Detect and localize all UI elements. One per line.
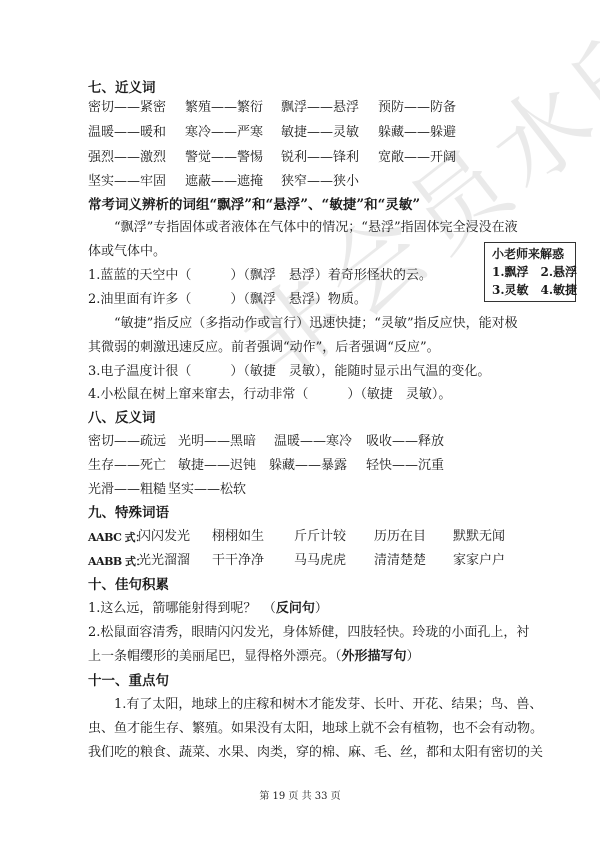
sentence-text: 1.这么远，箭哪能射得到呢？ （ bbox=[88, 601, 276, 616]
word: 光光溜溜 bbox=[138, 553, 190, 569]
sentence-1: 1.这么远，箭哪能射得到呢？ （反问句） bbox=[88, 601, 328, 617]
section-heading-antonyms: 八、反义词 bbox=[88, 410, 156, 426]
word-pair: 密切——疏远 bbox=[88, 434, 166, 450]
section-heading-special-words: 九、特殊词语 bbox=[88, 505, 169, 521]
aabc-label: AABC 式： bbox=[88, 530, 146, 546]
word-pair: 光明——黑暗 bbox=[178, 434, 256, 450]
word: 斤斤计较 bbox=[294, 529, 346, 545]
aabc-row: AABC 式： 闪闪发光 栩栩如生 斤斤计较 历历在目 默默无闻 bbox=[88, 529, 548, 545]
section-heading-key-sentences: 十一、重点句 bbox=[88, 673, 169, 689]
word-pair: 敏捷——迟钝 bbox=[178, 458, 256, 474]
word-pair: 生存——死亡 bbox=[88, 458, 166, 474]
word-pair: 坚实——牢固 bbox=[88, 174, 166, 190]
synonym-row: 温暖——暖和 寒冷——严寒 敏捷——灵敏 躲藏——躲避 bbox=[88, 125, 548, 141]
paragraph-line: “敏捷”指反应（多指动作或言行）迅速快捷；“灵敏”指反应快，能对极 bbox=[114, 316, 518, 332]
word-pair: 躲藏——暴露 bbox=[269, 458, 347, 474]
word: 闪闪发光 bbox=[138, 529, 190, 545]
question-1: 1.蓝蓝的天空中（ ）（飘浮 悬浮）着奇形怪状的云。 bbox=[88, 268, 432, 284]
aabb-row: AABB 式： 光光溜溜 干干净净 马马虎虎 清清楚楚 家家户户 bbox=[88, 553, 548, 569]
word: 栩栩如生 bbox=[212, 529, 264, 545]
sentence-close: ） bbox=[315, 601, 328, 616]
antonym-row: 密切——疏远 光明——黑暗 温暖——寒冷 吸收——释放 bbox=[88, 434, 548, 450]
paragraph-line: 其微弱的刺激迅速反应。前者强调“动作”，后者强调“反应”。 bbox=[88, 340, 440, 356]
paragraph-line: “飘浮”专指固体或者液体在气体中的情况；“悬浮”指固体完全浸没在液 bbox=[114, 220, 518, 236]
antonym-row: 光滑——粗糙 坚实——松软 bbox=[88, 482, 548, 498]
page-number-footer: 第 19 页 共 33 页 bbox=[0, 787, 600, 802]
word-pair: 强烈——激烈 bbox=[88, 150, 166, 166]
paragraph-line: 我们吃的粮食、蔬菜、水果、肉类，穿的棉、麻、毛、丝，都和太阳有密切的关 bbox=[88, 745, 543, 761]
word-pair: 宽敞——开阔 bbox=[378, 150, 456, 166]
word-pair: 光滑——粗糙 bbox=[88, 482, 166, 498]
word-pair: 轻快——沉重 bbox=[366, 458, 444, 474]
word-pair: 密切——紧密 bbox=[88, 100, 166, 116]
tip-box-answers: 小老师来解惑 1.飘浮 2.悬浮 3.灵敏 4.敏捷 bbox=[484, 242, 576, 302]
sentence-type-tag: 反问句 bbox=[276, 601, 315, 616]
question-3: 3.电子温度计很（ ）（敏捷 灵敏），能随时显示出气温的变化。 bbox=[88, 364, 490, 380]
word-pair: 温暖——暖和 bbox=[88, 125, 166, 141]
word-pair: 飘浮——悬浮 bbox=[281, 100, 359, 116]
document-page: 非会员水印 七、近义词 密切——紧密 繁殖——繁衍 飘浮——悬浮 预防——防备 … bbox=[0, 0, 600, 848]
tip-box-line: 1.飘浮 2.悬浮 bbox=[492, 263, 575, 281]
word-pair: 遮蔽——遮掩 bbox=[185, 174, 263, 190]
word: 干干净净 bbox=[212, 553, 264, 569]
synonym-row: 坚实——牢固 遮蔽——遮掩 狭窄——狭小 bbox=[88, 174, 548, 190]
subheading-word-discrimination: 常考词义辨析的词组“飘浮”和“悬浮”、“敏捷”和“灵敏” bbox=[88, 197, 420, 213]
sentence-type-tag: 外形描写句 bbox=[342, 649, 407, 664]
word: 马马虎虎 bbox=[294, 553, 346, 569]
word: 默默无闻 bbox=[453, 529, 505, 545]
word-pair: 狭窄——狭小 bbox=[281, 174, 359, 190]
paragraph-line: 1.有了太阳，地球上的庄稼和树木才能发芽、长叶、开花、结果；鸟、兽、 bbox=[114, 697, 542, 713]
sentence-close: ） bbox=[407, 649, 420, 664]
paragraph-line: 虫、鱼才能生存、繁殖。如果没有太阳，地球上就不会有植物，也不会有动物。 bbox=[88, 721, 543, 737]
word-pair: 坚实——松软 bbox=[168, 482, 246, 498]
word: 历历在目 bbox=[374, 529, 426, 545]
sentence-2-line: 上一条帽缨形的美丽尾巴，显得格外漂亮。（外形描写句） bbox=[88, 649, 420, 665]
section-heading-synonyms: 七、近义词 bbox=[88, 80, 156, 96]
word: 清清楚楚 bbox=[374, 553, 426, 569]
question-4: 4.小松鼠在树上窜来窜去，行动非常（ ）（敏捷 灵敏）。 bbox=[88, 387, 451, 403]
word-pair: 吸收——释放 bbox=[366, 434, 444, 450]
word-pair: 繁殖——繁衍 bbox=[185, 100, 263, 116]
tip-box-line: 3.灵敏 4.敏捷 bbox=[492, 281, 575, 299]
word-pair: 锐利——锋利 bbox=[281, 150, 359, 166]
sentence-text: 上一条帽缨形的美丽尾巴，显得格外漂亮。（ bbox=[88, 649, 342, 664]
word-pair: 躲藏——躲避 bbox=[378, 125, 456, 141]
synonym-row: 密切——紧密 繁殖——繁衍 飘浮——悬浮 预防——防备 bbox=[88, 100, 548, 116]
word-pair: 敏捷——灵敏 bbox=[281, 125, 359, 141]
sentence-2-line: 2.松鼠面容清秀，眼睛闪闪发光，身体矫健，四肢轻快。玲珑的小面孔上，衬 bbox=[88, 625, 529, 641]
paragraph-line: 体或气体中。 bbox=[88, 244, 166, 260]
section-heading-good-sentences: 十、佳句积累 bbox=[88, 577, 169, 593]
word-pair: 寒冷——严寒 bbox=[185, 125, 263, 141]
word-pair: 预防——防备 bbox=[378, 100, 456, 116]
word-pair: 温暖——寒冷 bbox=[274, 434, 352, 450]
synonym-row: 强烈——激烈 警觉——警惕 锐利——锋利 宽敞——开阔 bbox=[88, 150, 548, 166]
antonym-row: 生存——死亡 敏捷——迟钝 躲藏——暴露 轻快——沉重 bbox=[88, 458, 548, 474]
tip-box-title: 小老师来解惑 bbox=[492, 245, 575, 263]
question-2: 2.油里面有许多（ ）（飘浮 悬浮）物质。 bbox=[88, 292, 367, 308]
word: 家家户户 bbox=[453, 553, 505, 569]
word-pair: 警觉——警惕 bbox=[185, 150, 263, 166]
